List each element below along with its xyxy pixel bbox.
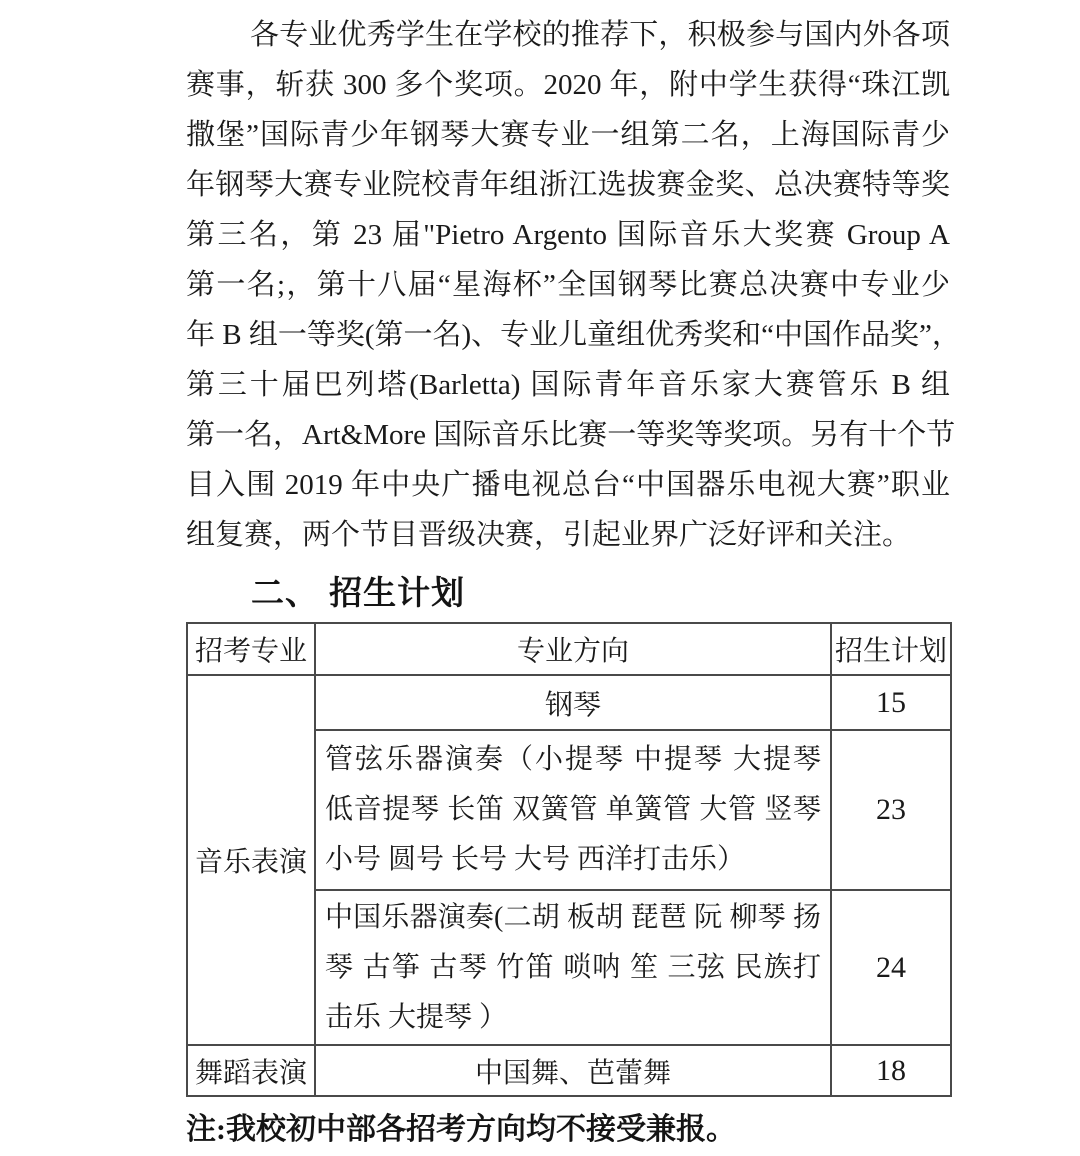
cell-direction-piano: 钢琴 [315,675,831,730]
cell-direction-orchestral-instruments: 管弦乐器演奏（小提琴 中提琴 大提琴 低音提琴 长笛 双簧管 单簧管 大管 竖琴… [315,730,831,890]
cell-plan-orchestral-instruments: 23 [831,730,951,890]
achievements-paragraph: 各专业优秀学生在学校的推荐下，积极参与国内外各项 赛事，斩获 300 多个奖项。… [186,10,950,560]
paragraph-line: 赛事，斩获 300 多个奖项。2020 年，附中学生获得“珠江凯 [186,60,950,110]
table-row-piano: 音乐表演 钢琴 15 [187,675,951,730]
paragraph-line: 年 B 组一等奖(第一名)、专业儿童组优秀奖和“中国作品奖”， [186,310,950,360]
col-header-plan: 招生计划 [831,623,951,675]
paragraph-line: 撒堡”国际青少年钢琴大赛专业一组第二名，上海国际青少 [186,110,950,160]
cell-plan-dance: 18 [831,1045,951,1096]
table-row-dance: 舞蹈表演 中国舞、芭蕾舞 18 [187,1045,951,1096]
cell-plan-chinese-instruments: 24 [831,890,951,1045]
note-text: 注:我校初中部各招考方向均不接受兼报。 [186,1110,950,1150]
paragraph-line: 第三名，第 23 届"Pietro Argento 国际音乐大奖赛 Group … [186,210,950,260]
section-heading: 二、 招生计划 [251,573,950,613]
paragraph-line: 年钢琴大赛专业院校青年组浙江选拔赛金奖、总决赛特等奖 [186,160,950,210]
document-page: 各专业优秀学生在学校的推荐下，积极参与国内外各项 赛事，斩获 300 多个奖项。… [0,0,1080,1150]
paragraph-line: 第三十届巴列塔(Barletta) 国际青年音乐家大赛管乐 B 组 [186,360,950,410]
col-header-major: 招考专业 [187,623,315,675]
cell-major-dance-performance: 舞蹈表演 [187,1045,315,1096]
cell-plan-piano: 15 [831,675,951,730]
paragraph-line: 各专业优秀学生在学校的推荐下，积极参与国内外各项 [186,10,950,60]
cell-direction-dance: 中国舞、芭蕾舞 [315,1045,831,1096]
cell-major-music-performance: 音乐表演 [187,675,315,1045]
paragraph-line: 第一名;，第十八届“星海杯”全国钢琴比赛总决赛中专业少 [186,260,950,310]
enrollment-table: 招考专业 专业方向 招生计划 音乐表演 钢琴 15 管弦乐器演奏（小提琴 中提琴… [186,622,952,1097]
col-header-direction: 专业方向 [315,623,831,675]
paragraph-line: 目入围 2019 年中央广播电视总台“中国器乐电视大赛”职业 [186,460,950,510]
paragraph-line: 第一名，Art&More 国际音乐比赛一等奖等奖项。另有十个节 [186,410,950,460]
table-header-row: 招考专业 专业方向 招生计划 [187,623,951,675]
paragraph-line: 组复赛，两个节目晋级决赛，引起业界广泛好评和关注。 [186,510,950,560]
cell-direction-chinese-instruments: 中国乐器演奏(二胡 板胡 琵琶 阮 柳琴 扬琴 古筝 古琴 竹笛 唢呐 笙 三弦… [315,890,831,1045]
